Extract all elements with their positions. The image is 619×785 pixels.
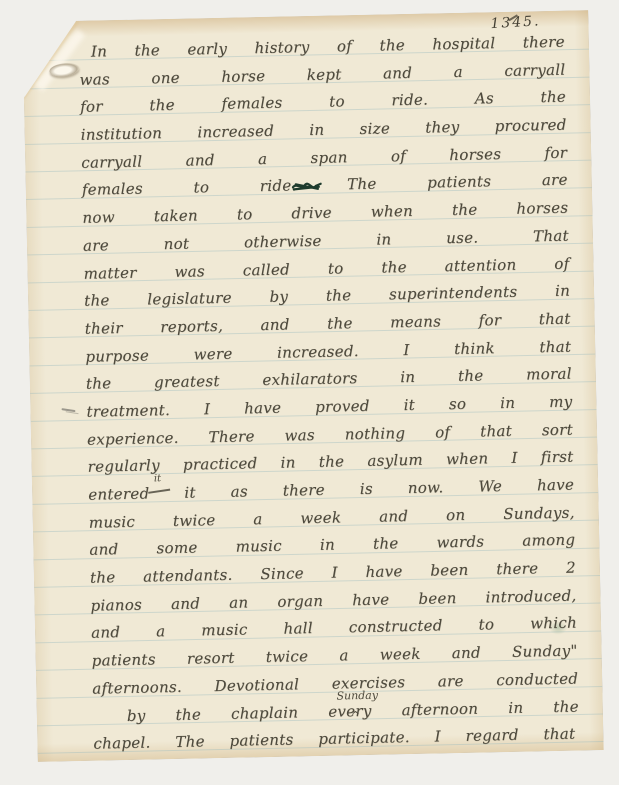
rewritten-word: it [154, 473, 161, 484]
scanned-document: 1345. In the early history of the hospit… [0, 0, 619, 785]
manuscript-page: 1345. In the early history of the hospit… [22, 10, 603, 762]
caret-mark: ^ [351, 709, 360, 722]
handwritten-text: In the early history of the hospital the… [79, 29, 580, 759]
ink-scribble-strikeout [292, 179, 322, 194]
inserted-word: Sunday [336, 689, 378, 703]
